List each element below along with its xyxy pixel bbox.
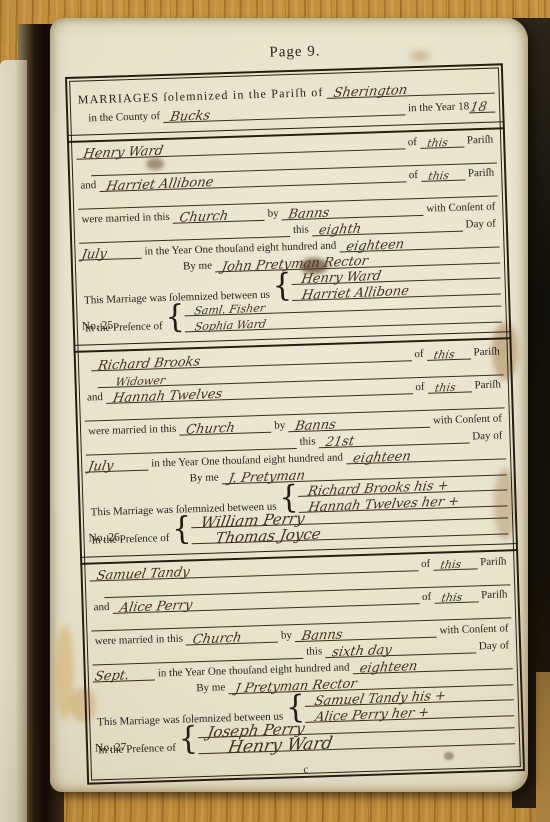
of-label: of xyxy=(411,348,427,361)
groom-parish-field: this xyxy=(420,134,464,149)
groom-parish-field: this xyxy=(426,345,470,360)
bride-parish: this xyxy=(434,381,457,395)
this-label: this xyxy=(303,645,325,659)
bride-parish-field: this xyxy=(434,588,478,603)
and-label: and xyxy=(84,391,106,405)
brace: { xyxy=(172,514,192,546)
marriage-entry: Samuel Tandy of this Pariſh and Alice Pe… xyxy=(80,549,524,775)
method: Banns xyxy=(301,628,344,643)
brace: { xyxy=(165,302,185,334)
marriage-entry: Richard Brooks of this Pariſh Widower an… xyxy=(74,339,518,565)
day-of-label: Day of xyxy=(476,639,513,653)
entry-number: No. 25. xyxy=(82,320,117,333)
marriage-register-form: MARRIAGES ſolemnized in the Pariſh of Sh… xyxy=(65,63,525,784)
year-handwritten: 18 xyxy=(469,101,488,115)
month-field: Sept. xyxy=(93,667,155,683)
married-label: were married in this xyxy=(85,423,180,439)
married-label: were married in this xyxy=(92,633,187,649)
month: July xyxy=(87,460,114,474)
place-field: Church xyxy=(179,419,271,436)
entry-number: No. 27. xyxy=(95,741,130,754)
place: Church xyxy=(179,210,230,225)
day-of-label: Day of xyxy=(462,218,499,232)
bride-parish: this xyxy=(427,169,450,183)
of-label: of xyxy=(412,381,428,394)
book-cover-edge xyxy=(536,672,550,822)
and-label: and xyxy=(90,601,112,615)
year-line-label: in the Year 18 xyxy=(405,100,469,115)
day: 21st xyxy=(324,435,355,449)
consent-label: with Conſent of xyxy=(436,622,511,637)
parish-label: Pariſh xyxy=(464,134,497,148)
month-field: July xyxy=(79,245,141,261)
method: Banns xyxy=(288,207,331,222)
year-field: 18 xyxy=(469,99,495,114)
place-field: Church xyxy=(172,207,264,224)
parish-handwritten: Sherington xyxy=(332,84,408,100)
method: Banns xyxy=(294,418,337,433)
witness-signature: Sophia Ward xyxy=(194,317,267,333)
place: Church xyxy=(185,422,236,437)
marriage-entry: Henry Ward of this Pariſh and Harriet Al… xyxy=(67,127,511,353)
of-label: of xyxy=(419,591,435,604)
groom-parish-field: this xyxy=(433,555,477,570)
by-label: by xyxy=(264,207,281,221)
of-label: of xyxy=(406,169,422,182)
groom-parish: this xyxy=(426,136,449,150)
parish-label: Pariſh xyxy=(470,345,503,359)
bride-name: Alice Perry xyxy=(118,599,193,615)
bride-parish: this xyxy=(440,591,463,605)
of-label: of xyxy=(405,136,421,149)
day: sixth day xyxy=(331,644,393,660)
by-label: by xyxy=(271,419,288,433)
witness-signature: Henry Ward xyxy=(227,737,333,754)
month: July xyxy=(80,248,107,262)
parish-label: Pariſh xyxy=(477,555,510,569)
groom-parish: this xyxy=(432,348,455,362)
place: Church xyxy=(192,631,243,646)
month: Sept. xyxy=(94,669,131,684)
and-label: and xyxy=(77,179,99,193)
witness-signature: Thomas Joyce xyxy=(214,528,321,545)
brace: { xyxy=(178,723,198,755)
bride-parish-field: this xyxy=(421,167,465,182)
this-label: this xyxy=(296,435,318,449)
parish-label: Pariſh xyxy=(478,588,511,602)
by-label: by xyxy=(278,629,295,643)
married-label: were married in this xyxy=(78,211,173,227)
parish-label: Pariſh xyxy=(465,167,498,181)
parish-label: Pariſh xyxy=(471,378,504,392)
day: eighth xyxy=(318,223,362,238)
day-of-label: Day of xyxy=(469,429,506,443)
consent-label: with Conſent of xyxy=(430,412,505,427)
county-line-label: in the County of xyxy=(85,110,163,125)
facing-page-edge xyxy=(0,60,27,822)
photo-of-register: Page 9. MARRIAGES ſolemnized in the Pari… xyxy=(0,0,550,822)
place-field: Church xyxy=(186,629,278,646)
this-label: this xyxy=(290,223,312,237)
county-handwritten: Bucks xyxy=(169,109,211,124)
groom-parish: this xyxy=(439,558,462,572)
entry-number: No. 26. xyxy=(88,531,123,544)
of-label: of xyxy=(418,558,434,571)
bride-parish-field: this xyxy=(427,378,471,393)
month-field: July xyxy=(86,457,148,473)
consent-label: with Conſent of xyxy=(423,201,498,216)
